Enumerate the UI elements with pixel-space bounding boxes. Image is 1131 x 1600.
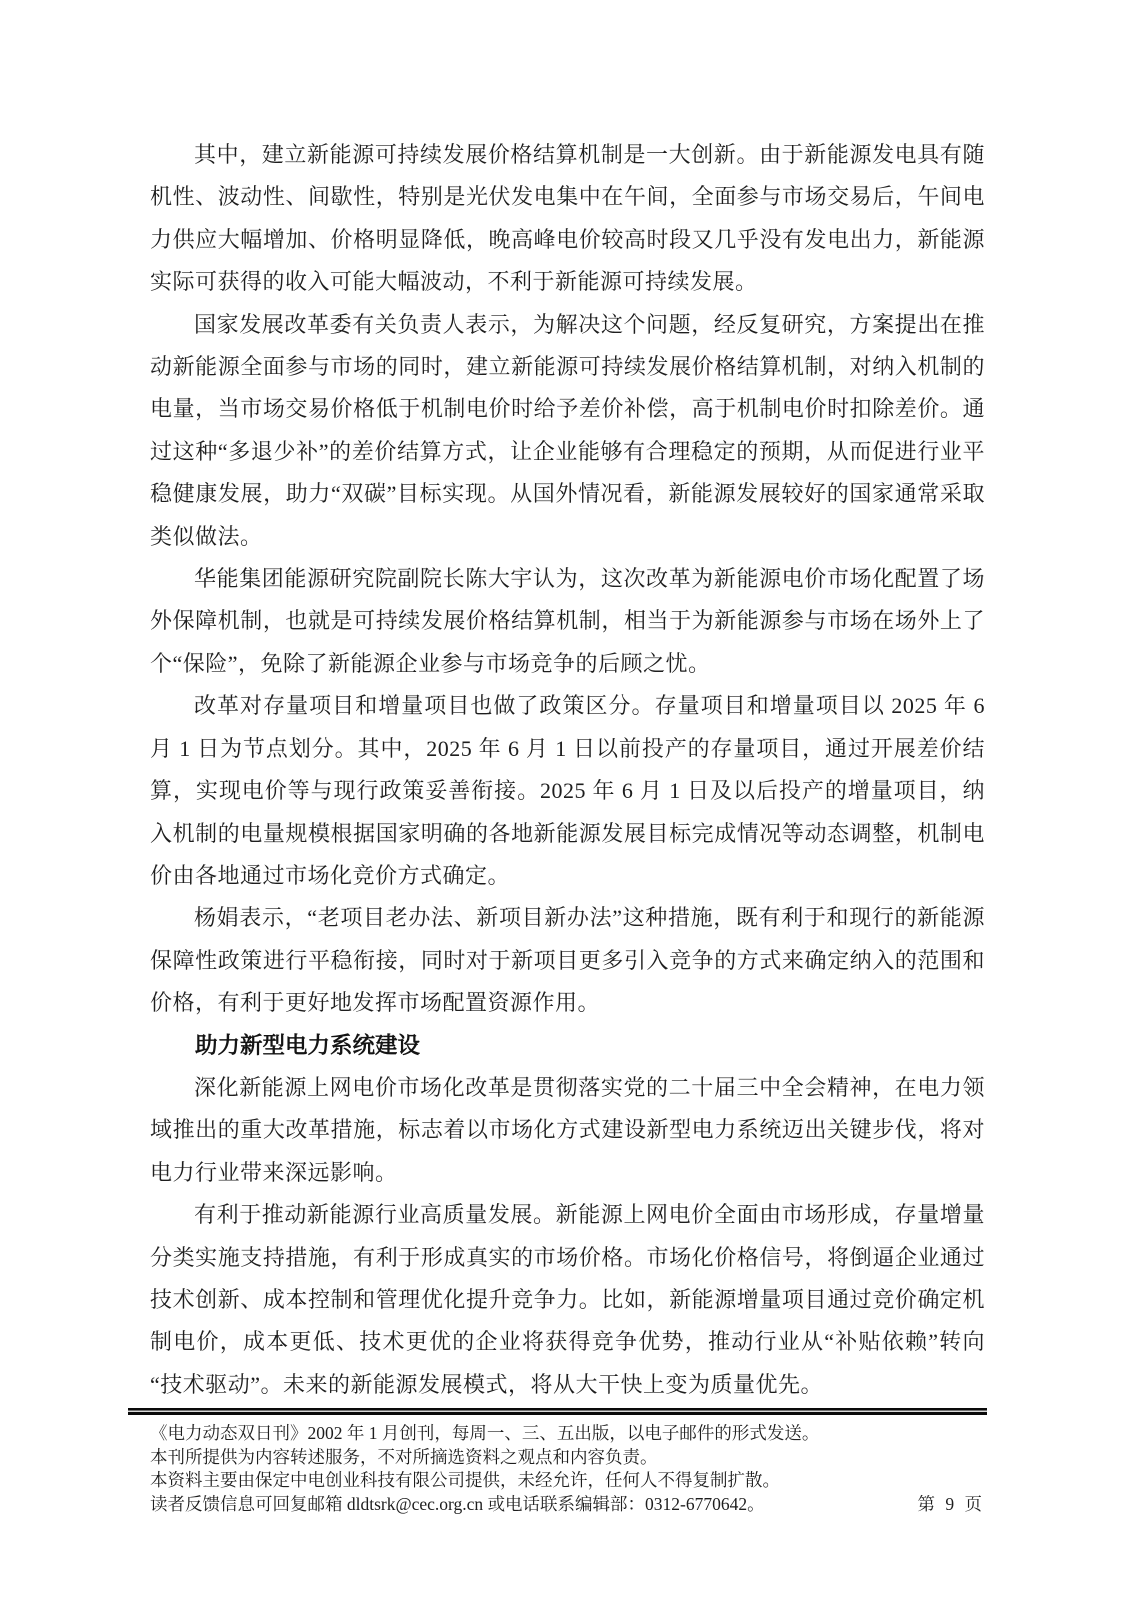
page-footer: 《电力动态双日刊》2002 年 1 月创刊，每周一、三、五出版，以电子邮件的形式… (128, 1408, 987, 1516)
feedback-suffix: 或电话联系编辑部：0312-6770642。 (483, 1494, 764, 1514)
feedback-email: dldtsrk@cec.org.cn (347, 1494, 483, 1514)
footer-contact-text: 读者反馈信息可回复邮箱 dldtsrk@cec.org.cn 或电话联系编辑部：… (150, 1493, 765, 1517)
body-paragraph-2: 国家发展改革委有关负责人表示，为解决这个问题，经反复研究，方案提出在推动新能源全… (150, 304, 985, 558)
footer-separator-rule (128, 1408, 987, 1415)
body-paragraph-3: 华能集团能源研究院副院长陈大宇认为，这次改革为新能源电价市场化配置了场外保障机制… (150, 558, 985, 685)
body-paragraph-6: 深化新能源上网电价市场化改革是贯彻落实党的二十届三中全会精神，在电力领域推出的重… (150, 1067, 985, 1194)
body-paragraph-4: 改革对存量项目和增量项目也做了政策区分。存量项目和增量项目以 2025 年 6 … (150, 685, 985, 897)
feedback-prefix: 读者反馈信息可回复邮箱 (150, 1494, 347, 1514)
footer-line-contact: 读者反馈信息可回复邮箱 dldtsrk@cec.org.cn 或电话联系编辑部：… (150, 1493, 985, 1517)
footer-line-copyright: 本资料主要由保定中电创业科技有限公司提供，未经允许，任何人不得复制扩散。 (150, 1469, 985, 1493)
footer-line-disclaimer: 本刊所提供为内容转述服务，不对所摘选资料之观点和内容负责。 (150, 1446, 985, 1470)
body-paragraph-5: 杨娟表示，“老项目老办法、新项目新办法”这种措施，既有利于和现行的新能源保障性政… (150, 897, 985, 1024)
body-paragraph-7: 有利于推动新能源行业高质量发展。新能源上网电价全面由市场形成，存量增量分类实施支… (150, 1194, 985, 1402)
document-page: 其中，建立新能源可持续发展价格结算机制是一大创新。由于新能源发电具有随机性、波动… (0, 0, 1131, 1600)
page-number: 第 9 页 (918, 1493, 986, 1517)
footer-line-publication-info: 《电力动态双日刊》2002 年 1 月创刊，每周一、三、五出版，以电子邮件的形式… (150, 1422, 985, 1446)
footer-text-block: 《电力动态双日刊》2002 年 1 月创刊，每周一、三、五出版，以电子邮件的形式… (150, 1422, 985, 1516)
article-body: 其中，建立新能源可持续发展价格结算机制是一大创新。由于新能源发电具有随机性、波动… (150, 134, 985, 1402)
body-paragraph-1: 其中，建立新能源可持续发展价格结算机制是一大创新。由于新能源发电具有随机性、波动… (150, 134, 985, 304)
section-heading: 助力新型电力系统建设 (150, 1025, 985, 1067)
